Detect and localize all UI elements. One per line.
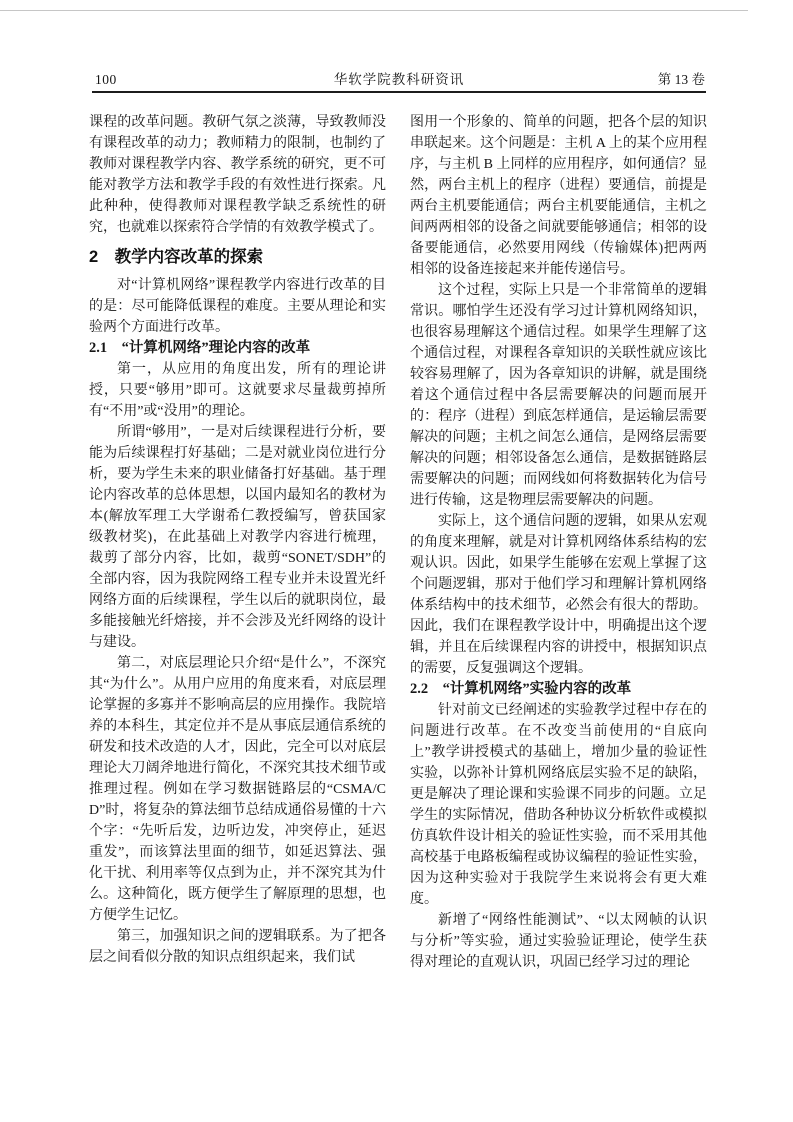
subsection-heading: 2.1 “计算机网络”理论内容的改革 bbox=[89, 338, 386, 359]
subsection-heading: 2.2 “计算机网络”实验内容的改革 bbox=[410, 679, 707, 700]
paragraph-continued: 课程的改革问题。教研气氛之淡薄，导致教师没有课程改革的动力；教师精力的限制，也制… bbox=[89, 112, 386, 238]
volume-label: 第 13 卷 bbox=[658, 70, 705, 90]
paragraph: 这个过程，实际上只是一个非常简单的逻辑常识。哪怕学生还没有学习过计算机网络知识，… bbox=[410, 280, 707, 511]
paragraph: 对“计算机网络”课程教学内容进行改革的目的是：尽可能降低课程的难度。主要从理论和… bbox=[89, 275, 386, 338]
article-body: 课程的改革问题。教研气氛之淡薄，导致教师没有课程改革的动力；教师精力的限制，也制… bbox=[89, 112, 707, 973]
paragraph: 针对前文已经阐述的实验教学过程中存在的问题进行改革。在不改变当前使用的“自底向上… bbox=[410, 700, 707, 910]
page-header: 100 华软学院教科研资讯 第 13 卷 bbox=[92, 70, 706, 90]
left-column: 课程的改革问题。教研气氛之淡薄，导致教师没有课程改革的动力；教师精力的限制，也制… bbox=[89, 112, 386, 973]
scan-edge-line bbox=[0, 10, 748, 11]
section-heading: 2 教学内容改革的探索 bbox=[89, 246, 386, 268]
header-rule bbox=[92, 91, 706, 93]
document-page: 100 华软学院教科研资讯 第 13 卷 课程的改革问题。教研气氛之淡薄，导致教… bbox=[0, 0, 793, 1122]
paragraph: 第一，从应用的角度出发，所有的理论讲授，只要“够用”即可。这就要求尽量裁剪掉所有… bbox=[89, 359, 386, 422]
paragraph: 所谓“够用”，一是对后续课程进行分析，要能为后续课程打好基础；二是对就业岗位进行… bbox=[89, 422, 386, 653]
journal-title: 华软学院教科研资讯 bbox=[92, 70, 706, 90]
paragraph: 第二，对底层理论只介绍“是什么”，不深究其“为什么”。从用户应用的角度来看，对底… bbox=[89, 653, 386, 926]
paragraph: 第三，加强知识之间的逻辑联系。为了把各层之间看似分散的知识点组织起来，我们试 bbox=[89, 926, 386, 968]
paragraph-continued: 图用一个形象的、简单的问题，把各个层的知识串联起来。这个问题是：主机 A 上的某… bbox=[410, 112, 707, 280]
paragraph: 实际上，这个通信问题的逻辑，如果从宏观的角度来理解，就是对计算机网络体系结构的宏… bbox=[410, 511, 707, 679]
paragraph: 新增了“网络性能测试”、“以太网帧的认识与分析”等实验，通过实验验证理论，使学生… bbox=[410, 910, 707, 973]
right-column: 图用一个形象的、简单的问题，把各个层的知识串联起来。这个问题是：主机 A 上的某… bbox=[410, 112, 707, 973]
